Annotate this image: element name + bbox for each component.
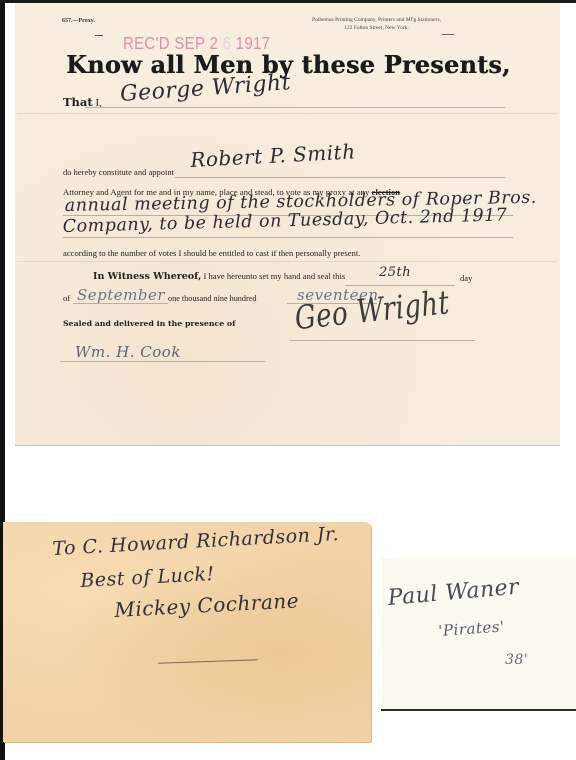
appointee-name: Robert P. Smith <box>190 139 356 172</box>
inscription-line: To C. Howard Richardson Jr. <box>52 523 340 560</box>
day-value: 25th <box>379 265 411 280</box>
signature-underline <box>158 659 258 663</box>
autograph-signature: Paul Waner <box>387 575 520 611</box>
witness-clause: In Witness Whereof, I have hereunto set … <box>93 271 345 282</box>
divider <box>442 34 454 35</box>
signature-line <box>290 340 475 341</box>
printer-imprint: Polhemus Printing Company, Printers and … <box>312 16 441 32</box>
printer-line-2: 122 Fulton Street, New York. <box>312 24 441 32</box>
cochrane-autograph-card: To C. Howard Richardson Jr. Best of Luck… <box>3 522 371 742</box>
inscription-line: Best of Luck! <box>80 563 215 592</box>
signature-line <box>60 361 265 362</box>
fill-line <box>175 177 505 178</box>
witness-signature: Wm. H. Cook <box>75 343 181 361</box>
printer-line-1: Polhemus Printing Company, Printers and … <box>312 16 441 24</box>
of-label: of <box>63 293 70 303</box>
according-text: according to the number of votes I shoul… <box>63 248 360 258</box>
fill-line <box>85 107 505 108</box>
paper-fold <box>17 261 557 262</box>
year-inscription: 38' <box>505 652 528 668</box>
proxy-document: 657.—Proxy. Polhemus Printing Company, P… <box>15 3 560 445</box>
paper-fold <box>17 113 557 114</box>
waner-autograph-cut: Paul Waner 'Pirates' 38' <box>381 558 576 711</box>
fill-line <box>73 303 168 304</box>
divider <box>95 35 103 36</box>
team-inscription: 'Pirates' <box>438 617 505 640</box>
thousand-text: one thousand nine hundred <box>168 294 256 303</box>
month-value: September <box>77 286 165 304</box>
fill-line <box>63 237 513 238</box>
sealed-label: Sealed and delivered in the presence of <box>63 319 236 328</box>
day-label: day <box>460 273 472 283</box>
autograph-signature: Mickey Cochrane <box>114 588 300 622</box>
appoint-label: do hereby constitute and appoint <box>63 167 174 177</box>
form-number: 657.—Proxy. <box>62 18 95 24</box>
